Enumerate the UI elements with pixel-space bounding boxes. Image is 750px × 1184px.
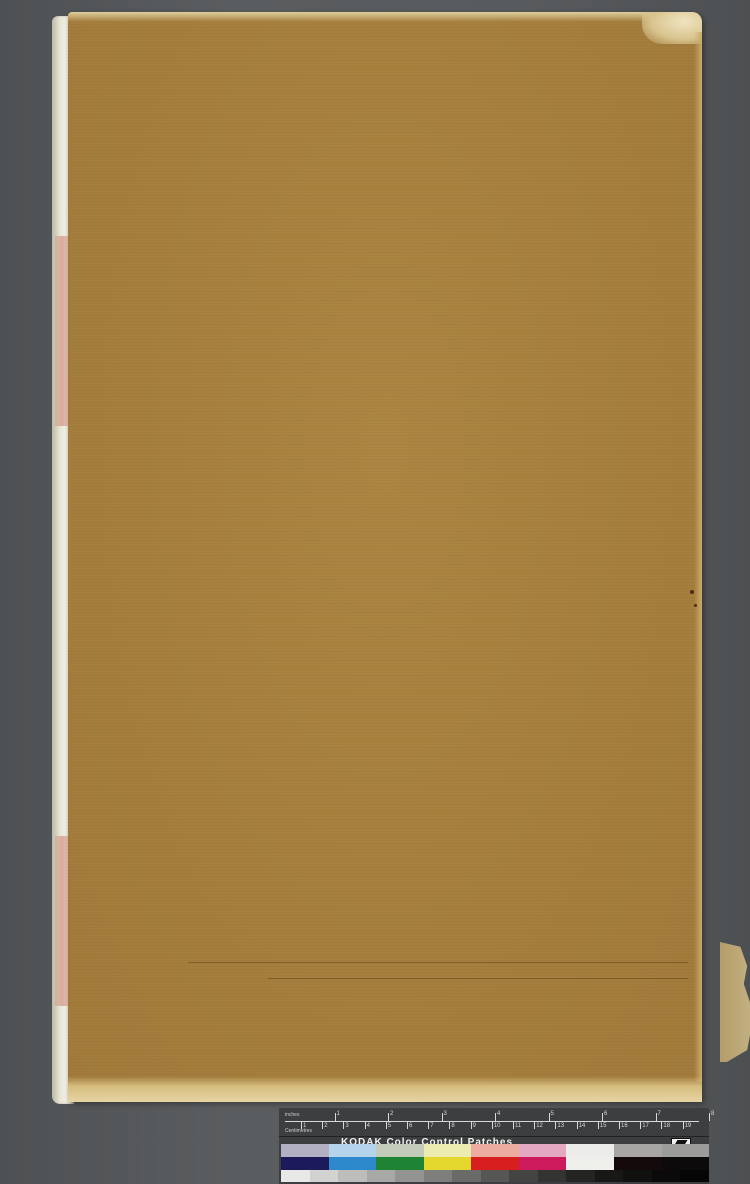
ruler: inches Centimetres 12345678 123456789101… [279,1108,709,1137]
gray-step [595,1170,624,1182]
cm-tick [471,1121,472,1129]
cm-tick [577,1121,578,1129]
cm-label: 5 [388,1123,391,1129]
cm-tick [534,1121,535,1129]
book-cover [68,12,702,1102]
cover-stain [690,590,694,594]
cm-label: 6 [409,1123,412,1129]
cm-label: 9 [473,1123,476,1129]
cover-bottom-edge [68,1076,702,1102]
cm-label: 19 [685,1123,692,1129]
cm-label: 14 [579,1123,586,1129]
inch-tick [656,1113,657,1121]
cm-tick [619,1121,620,1129]
cm-tick [322,1121,323,1129]
inch-tick [335,1113,336,1121]
cover-worn-corner [642,12,702,44]
inch-label: 8 [711,1111,714,1117]
gray-step [509,1170,538,1182]
cm-label: 1 [303,1123,306,1129]
inch-tick [709,1113,710,1121]
spine-red-strip [55,236,69,426]
gray-step [538,1170,567,1182]
brand-text: KODAK Color Control Patches [341,1136,513,1144]
gray-scale [281,1170,709,1182]
gray-step [367,1170,396,1182]
inch-label: 6 [604,1111,607,1117]
inch-label: 3 [444,1111,447,1117]
cm-label: 11 [515,1123,521,1129]
color-patch-3-color [614,1144,662,1170]
cover-right-edge [694,32,702,1082]
color-patch-red [471,1144,519,1170]
cm-tick [449,1121,450,1129]
gray-step [566,1170,595,1182]
cover-stain [694,604,697,607]
cm-tick [661,1121,662,1129]
gray-step [281,1170,310,1182]
inch-tick [442,1113,443,1121]
inch-label: 7 [658,1111,661,1117]
color-patch-cyan [329,1144,377,1170]
color-patch-green [376,1144,424,1170]
cm-tick [365,1121,366,1129]
cm-tick [598,1121,599,1129]
gray-step [338,1170,367,1182]
color-patch-yellow [424,1144,472,1170]
cm-tick [343,1121,344,1129]
inch-tick [549,1113,550,1121]
cm-label: 8 [451,1123,454,1129]
inch-tick [495,1113,496,1121]
cm-label: 3 [345,1123,348,1129]
cm-label: 12 [536,1123,543,1129]
spine-red-strip [55,836,69,1006]
cm-label: 10 [494,1123,501,1129]
inch-label: 5 [551,1111,554,1117]
gray-step [680,1170,709,1182]
cm-tick [301,1121,302,1129]
cm-tick [407,1121,408,1129]
cm-tick [428,1121,429,1129]
cm-label: 7 [430,1123,433,1129]
cm-label: 18 [663,1123,670,1129]
gray-step [310,1170,339,1182]
cm-tick [386,1121,387,1129]
cm-tick [555,1121,556,1129]
inch-tick [388,1113,389,1121]
cm-label: 16 [621,1123,628,1129]
color-patch-blue [281,1144,329,1170]
gray-step [652,1170,681,1182]
inch-label: 4 [497,1111,500,1117]
cm-tick [492,1121,493,1129]
gray-step [424,1170,453,1182]
cover-crease [268,978,688,979]
gray-step [623,1170,652,1182]
color-control-target: inches Centimetres 12345678 123456789101… [279,1108,709,1184]
cm-tick [513,1121,514,1129]
cover-top-edge [68,12,702,22]
color-patch-white [566,1144,614,1170]
gray-step [452,1170,481,1182]
color-patches [281,1144,709,1170]
inch-label: 1 [337,1111,340,1117]
cm-label: 17 [642,1123,649,1129]
cm-tick [683,1121,684,1129]
centimetres-label: Centimetres [285,1128,312,1134]
inch-label: 2 [390,1111,393,1117]
gray-step [481,1170,510,1182]
cm-label: 4 [367,1123,370,1129]
cm-label: 2 [324,1123,327,1129]
color-patch-black [662,1144,710,1170]
book [52,12,728,1106]
cm-label: 15 [600,1123,607,1129]
color-patch-magenta [519,1144,567,1170]
gray-step [395,1170,424,1182]
inch-tick [602,1113,603,1121]
cm-label: 13 [557,1123,564,1129]
cover-crease [188,962,688,963]
inches-label: inches [285,1112,299,1118]
cm-tick [640,1121,641,1129]
